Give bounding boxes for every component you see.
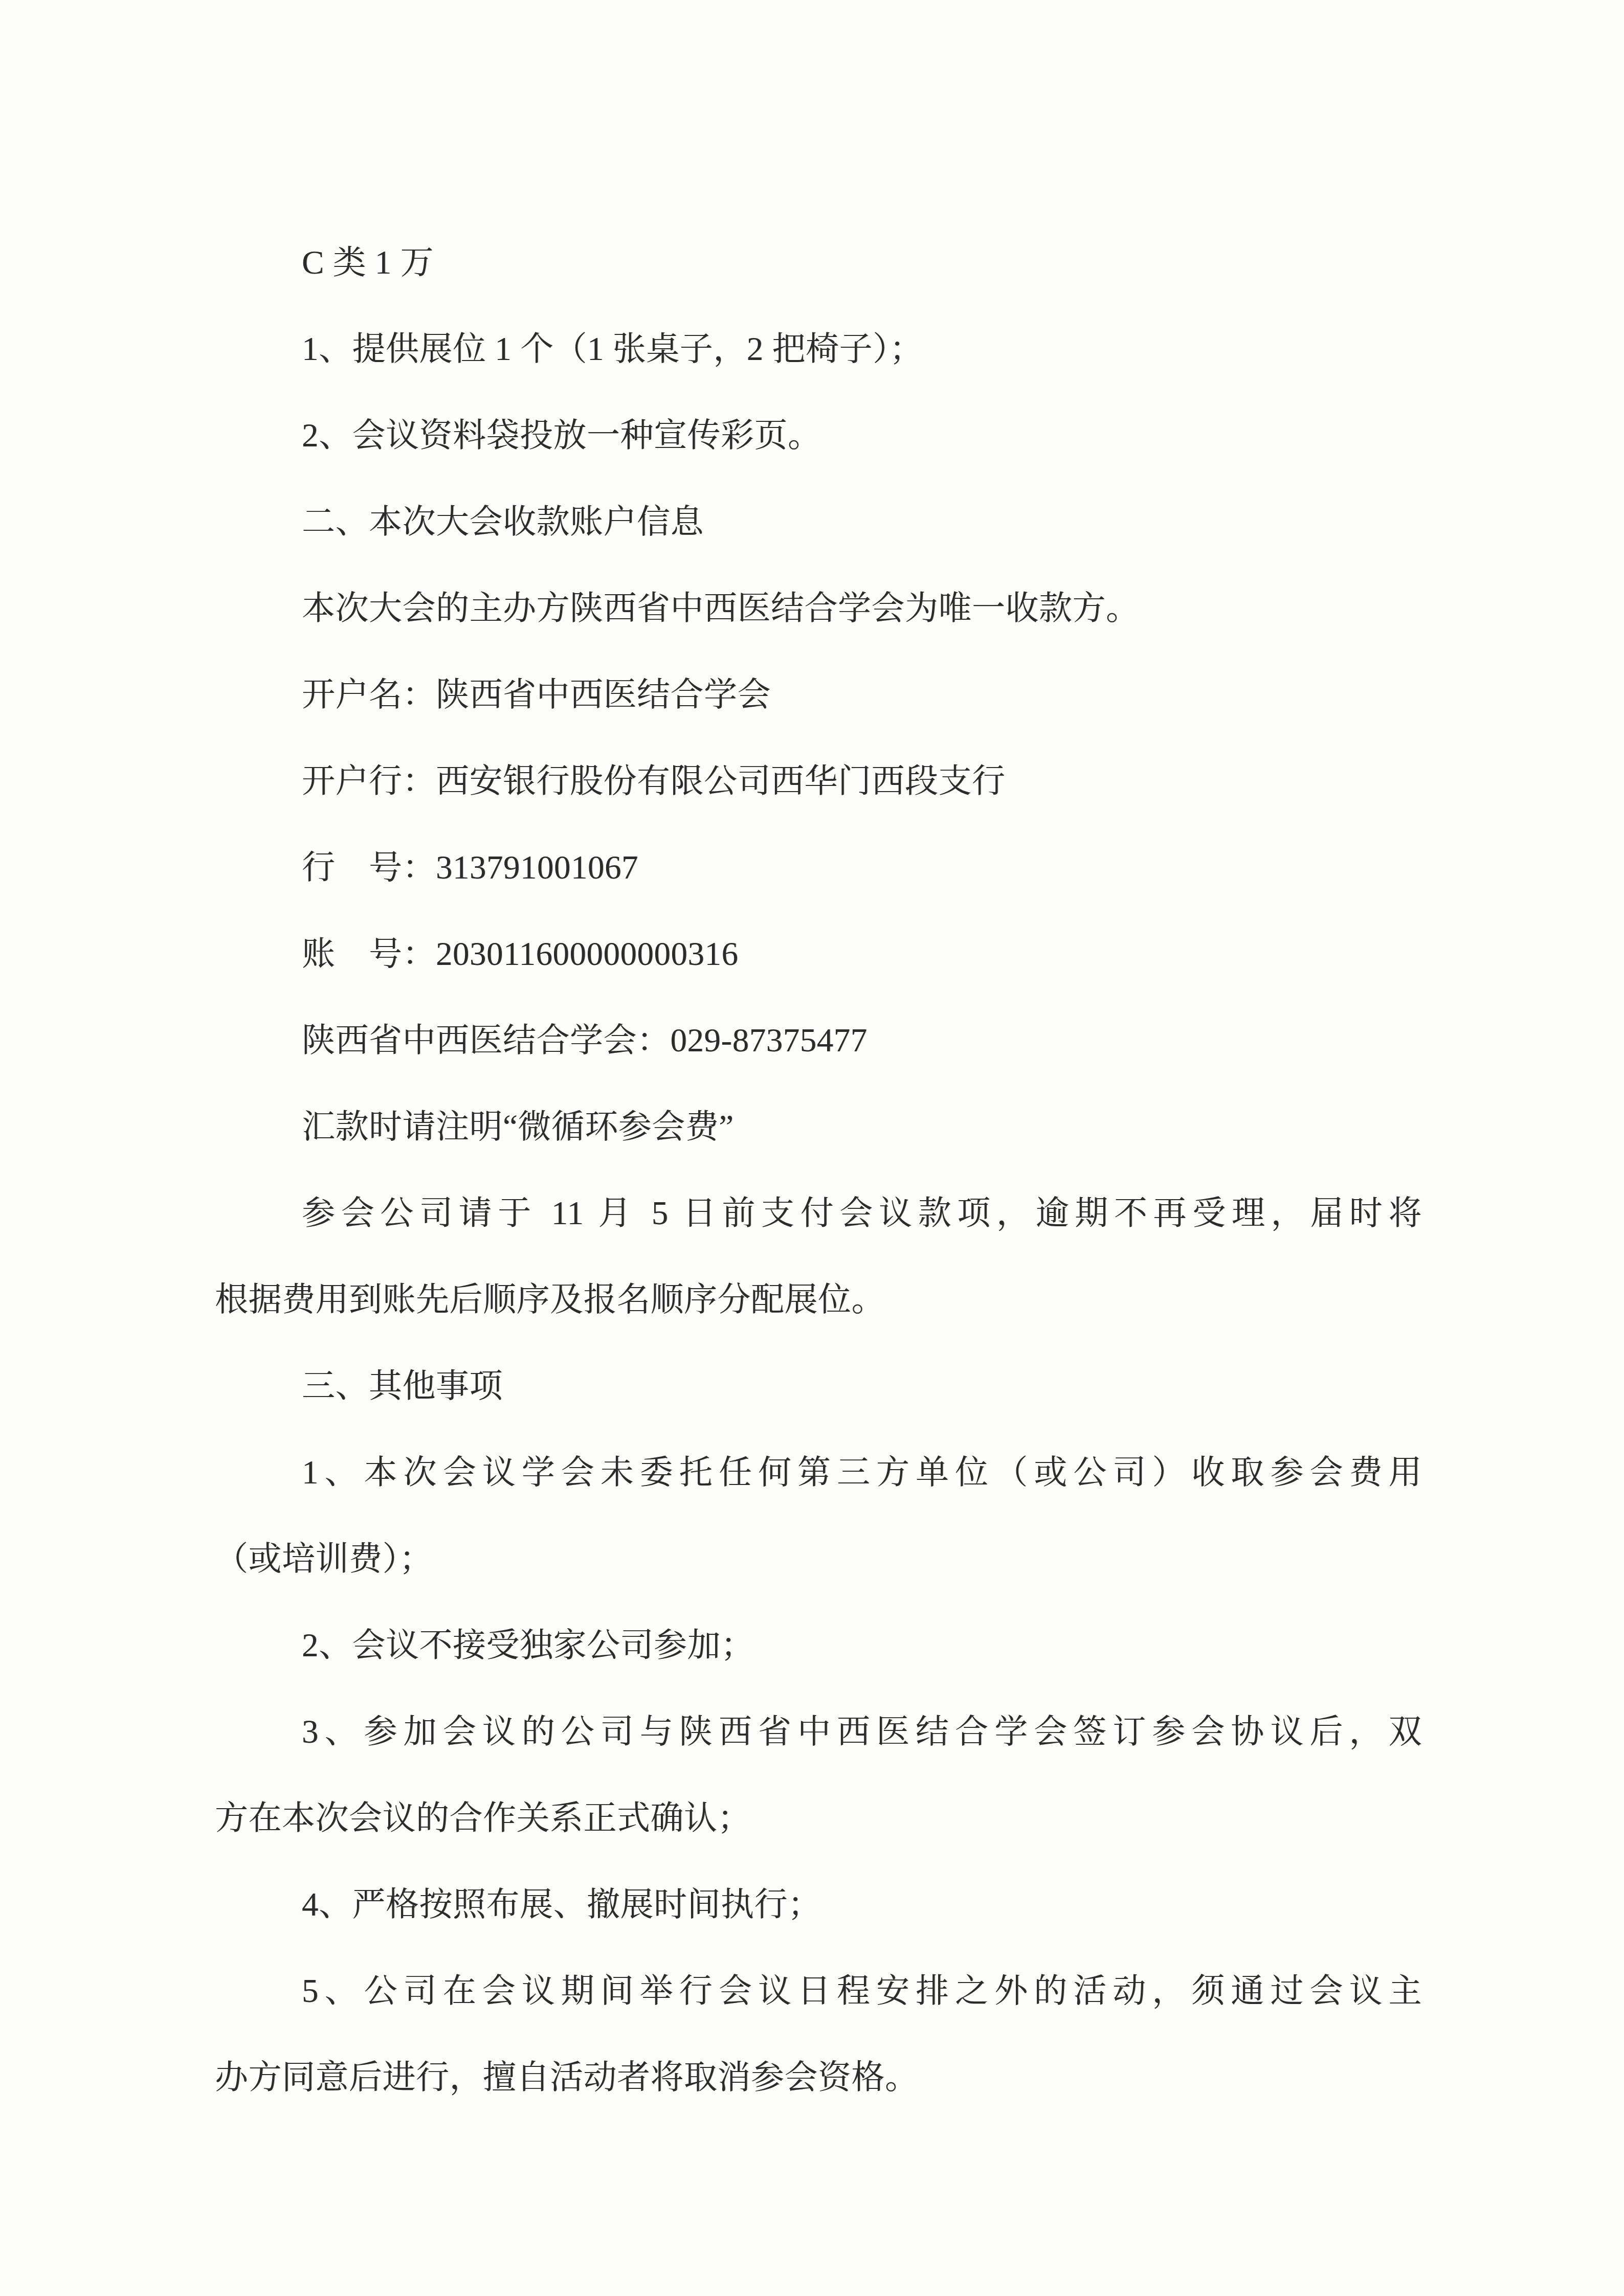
- payment-deadline-1: 参会公司请于 11 月 5 日前支付会议款项，逾期不再受理，届时将: [215, 1170, 1422, 1257]
- account-name: 开户名：陕西省中西医结合学会: [215, 652, 1422, 738]
- account-number: 账 号：203011600000000316: [215, 911, 1422, 998]
- bank-branch: 开户行：西安银行股份有限公司西华门西段支行: [215, 738, 1422, 825]
- contact-phone: 陕西省中西医结合学会：029-87375477: [215, 998, 1422, 1084]
- other-item-5a: 5、公司在会议期间举行会议日程安排之外的活动，须通过会议主: [215, 1948, 1422, 2035]
- other-item-2: 2、会议不接受独家公司参加；: [215, 1603, 1422, 1689]
- section-2-heading: 二、本次大会收款账户信息: [215, 479, 1422, 566]
- document-body: C 类 1 万 1、提供展位 1 个（1 张桌子，2 把椅子）； 2、会议资料袋…: [215, 220, 1422, 2121]
- other-item-5b: 办方同意后进行，擅自活动者将取消参会资格。: [215, 2035, 1422, 2121]
- payee-statement: 本次大会的主办方陕西省中西医结合学会为唯一收款方。: [215, 566, 1422, 652]
- payment-deadline-2: 根据费用到账先后顺序及报名顺序分配展位。: [215, 1257, 1422, 1343]
- section-3-heading: 三、其他事项: [215, 1343, 1422, 1430]
- other-item-3b: 方在本次会议的合作关系正式确认；: [215, 1775, 1422, 1862]
- remit-note: 汇款时请注明“微循环参会费”: [215, 1084, 1422, 1170]
- c-class-heading: C 类 1 万: [215, 220, 1422, 306]
- other-item-3a: 3、参加会议的公司与陕西省中西医结合学会签订参会协议后，双: [215, 1689, 1422, 1775]
- other-item-4: 4、严格按照布展、撤展时间执行；: [215, 1862, 1422, 1948]
- c-class-item-1: 1、提供展位 1 个（1 张桌子，2 把椅子）；: [215, 306, 1422, 393]
- other-item-1a: 1、本次会议学会未委托任何第三方单位（或公司）收取参会费用: [215, 1430, 1422, 1516]
- other-item-1b: （或培训费）；: [215, 1516, 1422, 1603]
- bank-number: 行 号：313791001067: [215, 825, 1422, 911]
- document-page: C 类 1 万 1、提供展位 1 个（1 张桌子，2 把椅子）； 2、会议资料袋…: [0, 0, 1624, 2296]
- c-class-item-2: 2、会议资料袋投放一种宣传彩页。: [215, 393, 1422, 479]
